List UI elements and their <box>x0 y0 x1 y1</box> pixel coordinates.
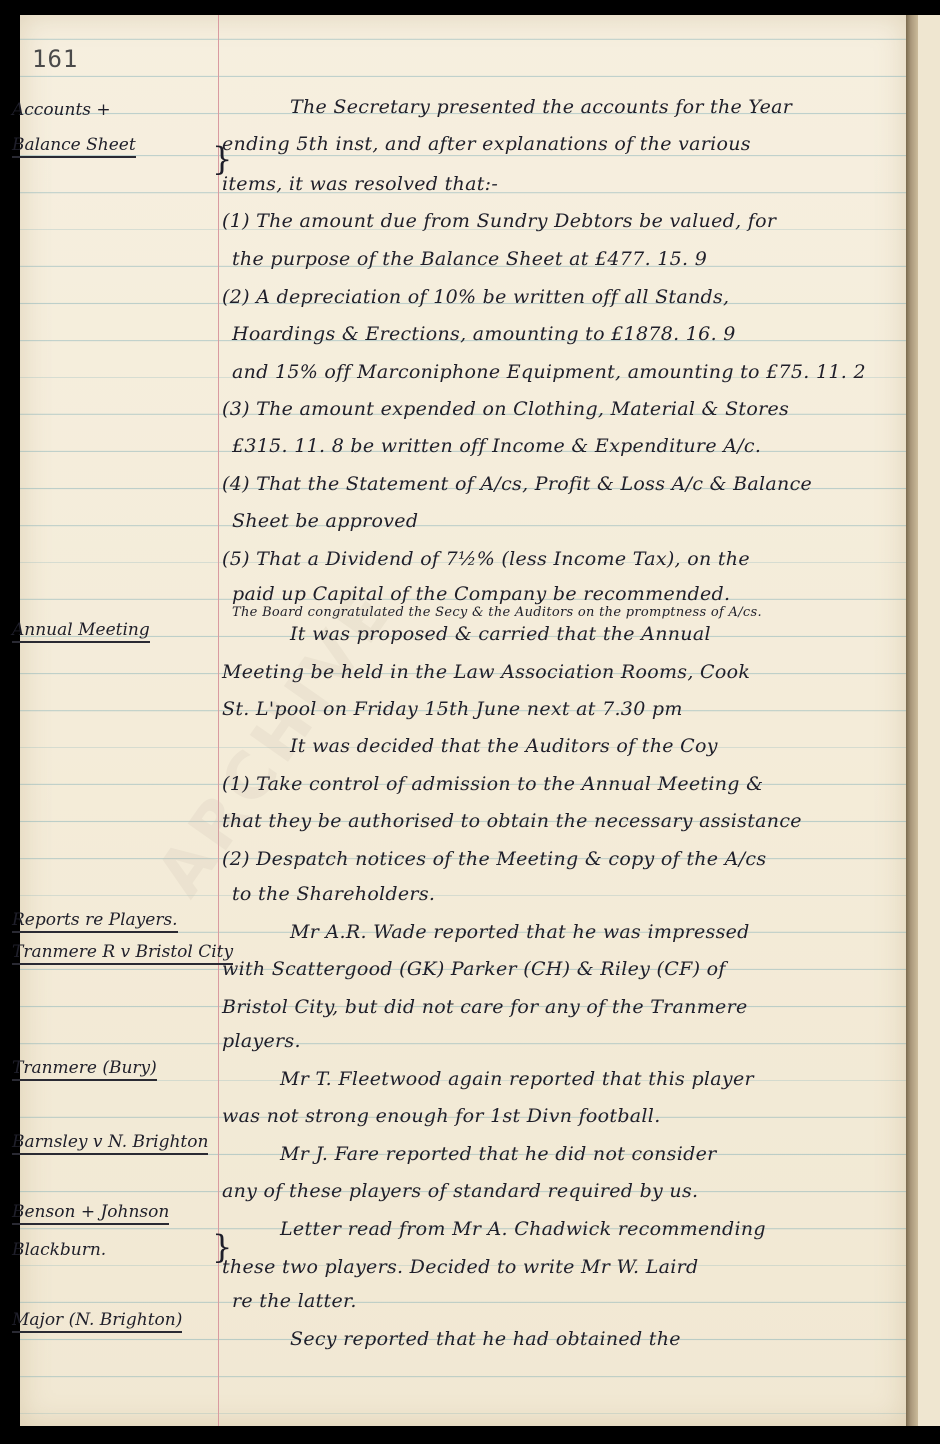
handwritten-line: (4) That the Statement of A/cs, Profit &… <box>222 473 812 495</box>
handwritten-line: Mr A.R. Wade reported that he was impres… <box>290 921 750 943</box>
handwritten-line: items, it was resolved that:- <box>222 173 498 195</box>
handwritten-line: It was proposed & carried that the Annua… <box>290 623 711 645</box>
margin-heading: Accounts + <box>12 100 111 120</box>
handwritten-line: The Secretary presented the accounts for… <box>290 96 792 118</box>
handwritten-line: (2) A depreciation of 10% be written off… <box>222 286 729 308</box>
margin-heading: Major (N. Brighton) <box>12 1310 182 1333</box>
handwritten-line: any of these players of standard require… <box>222 1180 698 1202</box>
handwritten-line: (1) Take control of admission to the Ann… <box>222 773 763 795</box>
brace-icon: } <box>212 1228 232 1266</box>
margin-heading: Barnsley v N. Brighton <box>12 1132 208 1155</box>
handwritten-line: £315. 11. 8 be written off Income & Expe… <box>232 435 761 457</box>
handwritten-line: (5) That a Dividend of 7½% (less Income … <box>222 548 750 570</box>
brace-icon: } <box>212 140 232 178</box>
handwritten-line: Mr T. Fleetwood again reported that this… <box>280 1068 754 1090</box>
margin-heading: Blackburn. <box>12 1240 106 1260</box>
margin-heading: Balance Sheet <box>12 135 136 158</box>
handwritten-line: to the Shareholders. <box>232 883 435 905</box>
handwritten-line: the purpose of the Balance Sheet at £477… <box>232 248 707 270</box>
handwritten-line: Hoardings & Erections, amounting to £187… <box>232 323 736 345</box>
handwritten-line: players. <box>222 1030 301 1052</box>
handwritten-line: these two players. Decided to write Mr W… <box>222 1256 698 1278</box>
margin-heading: Tranmere R v Bristol City <box>12 942 233 965</box>
red-margin-line <box>218 15 219 1426</box>
book-gutter <box>906 15 918 1426</box>
margin-heading: Annual Meeting <box>12 620 150 643</box>
handwritten-line: (2) Despatch notices of the Meeting & co… <box>222 848 766 870</box>
handwritten-line: with Scattergood (GK) Parker (CH) & Rile… <box>222 958 726 980</box>
handwritten-line: was not strong enough for 1st Divn footb… <box>222 1105 661 1127</box>
handwritten-line: (1) The amount due from Sundry Debtors b… <box>222 210 776 232</box>
margin-heading: Tranmere (Bury) <box>12 1058 157 1081</box>
handwritten-line: Letter read from Mr A. Chadwick recommen… <box>280 1218 766 1240</box>
handwritten-line: Sheet be approved <box>232 510 418 532</box>
handwritten-line: Bristol City, but did not care for any o… <box>222 996 748 1018</box>
handwritten-line: that they be authorised to obtain the ne… <box>222 810 802 832</box>
handwritten-line: Mr J. Fare reported that he did not cons… <box>280 1143 717 1165</box>
handwritten-line: St. L'pool on Friday 15th June next at 7… <box>222 698 683 720</box>
handwritten-line: Secy reported that he had obtained the <box>290 1328 681 1350</box>
handwritten-line: and 15% off Marconiphone Equipment, amou… <box>232 361 866 383</box>
handwritten-line: (3) The amount expended on Clothing, Mat… <box>222 398 789 420</box>
handwritten-line: It was decided that the Auditors of the … <box>290 735 718 757</box>
handwritten-line: re the latter. <box>232 1290 357 1312</box>
facing-page-edge <box>918 15 940 1426</box>
handwritten-line: The Board congratulated the Secy & the A… <box>232 605 762 620</box>
margin-heading: Benson + Johnson <box>12 1202 169 1225</box>
handwritten-line: Meeting be held in the Law Association R… <box>222 661 750 683</box>
handwritten-line: ending 5th inst, and after explanations … <box>222 133 751 155</box>
handwritten-line: paid up Capital of the Company be recomm… <box>232 583 730 605</box>
page-number: 161 <box>32 45 78 73</box>
margin-heading: Reports re Players. <box>12 910 178 933</box>
